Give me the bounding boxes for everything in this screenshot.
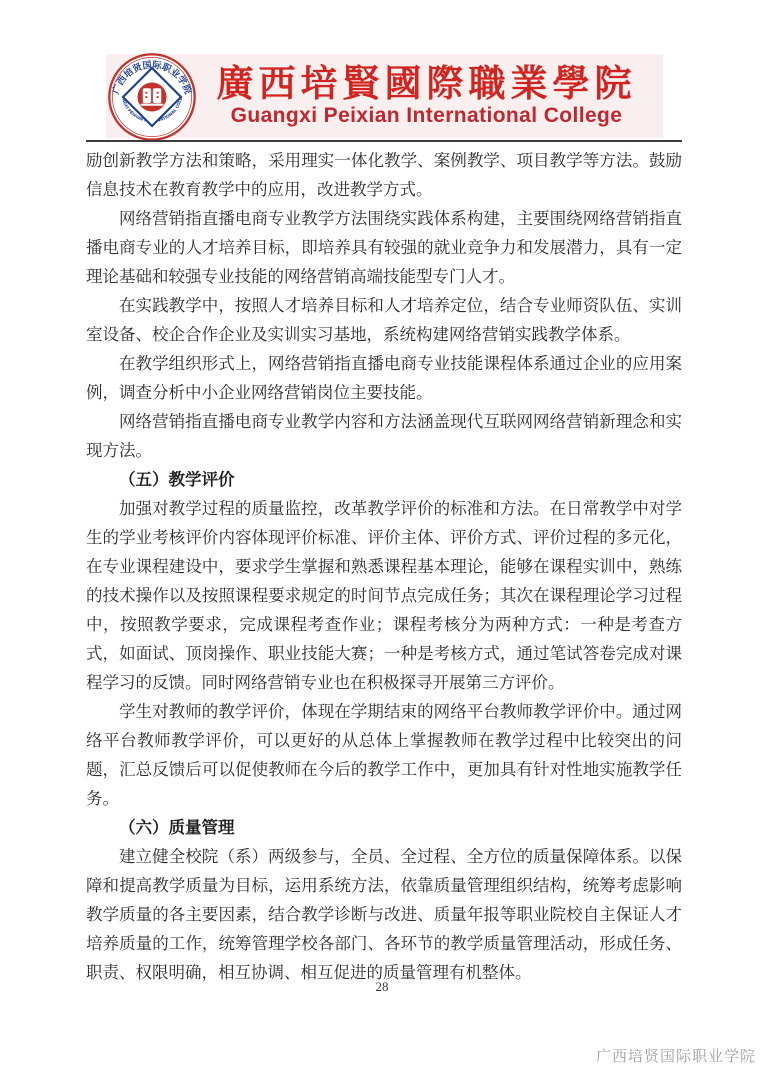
college-title-block: 廣西培賢國際職業學院 Guangxi Peixian International… [196,64,663,128]
body-paragraph: 网络营销指直播电商专业教学方法围绕实践体系构建，主要围绕网络营销指直播电商专业的… [86,204,682,291]
body-paragraph: 在实践教学中，按照人才培养目标和人才培养定位，结合专业师资队伍、实训室设备、校企… [86,291,682,349]
body-paragraph: 建立健全校院（系）两级参与，全员、全过程、全方位的质量保障体系。以保障和提高教学… [86,842,682,987]
section-heading-teaching-evaluation: （五）教学评价 [86,465,682,494]
body-paragraph: 在教学组织形式上，网络营销指直播电商专业技能课程体系通过企业的应用案例，调查分析… [86,349,682,407]
document-body: 励创新教学方法和策略，采用理实一体化教学、案例教学、项目教学等方法。鼓励信息技术… [86,146,682,987]
document-page: 广西培贤国际职业学院 GUANGXI PEIXIAN INTERNATIONAL… [0,0,764,1080]
college-header: 广西培贤国际职业学院 GUANGXI PEIXIAN INTERNATIONAL… [106,54,663,138]
college-title-chinese: 廣西培賢國際職業學院 [196,64,657,103]
college-title-english: Guangxi Peixian International College [196,104,657,128]
body-paragraph: 学生对教师的教学评价，体现在学期结束的网络平台教师教学评价中。通过网络平台教师教… [86,697,682,813]
page-number: 28 [0,979,764,995]
watermark-college-name: 广西培贤国际职业学院 [596,1045,756,1066]
section-heading-quality-management: （六）质量管理 [86,813,682,842]
body-paragraph: 加强对教学过程的质量监控，改革教学评价的标准和方法。在日常教学中对学生的学业考核… [86,494,682,697]
body-paragraph: 励创新教学方法和策略，采用理实一体化教学、案例教学、项目教学等方法。鼓励信息技术… [86,146,682,204]
header-divider [86,140,682,142]
college-seal-icon: 广西培贤国际职业学院 GUANGXI PEIXIAN INTERNATIONAL… [108,53,196,141]
body-paragraph: 网络营销指直播电商专业教学内容和方法涵盖现代互联网网络营销新理念和实现方法。 [86,407,682,465]
